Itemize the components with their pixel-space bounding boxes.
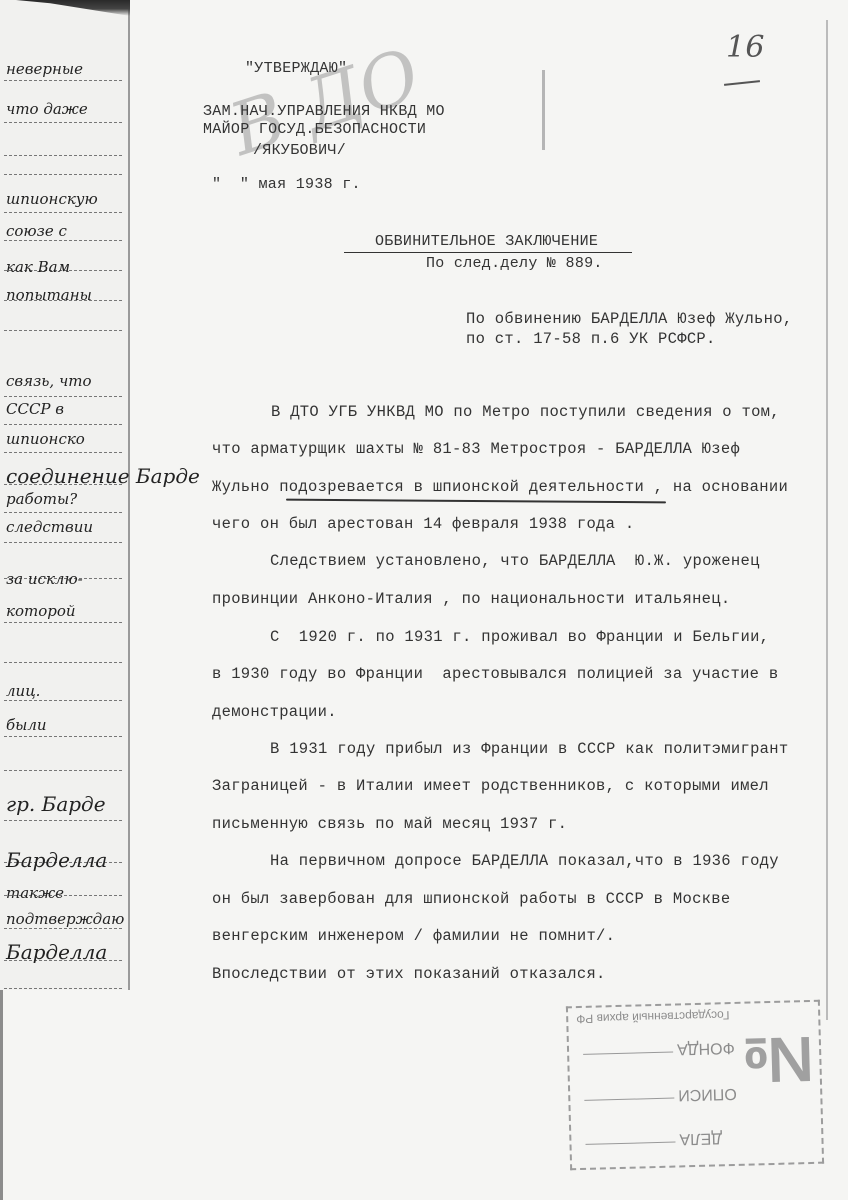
stamp-fond-label: ФОНДА [677,1038,735,1058]
charge-line-1: По обвинению БАРДЕЛЛА Юзеф Жульно, [466,310,792,328]
stub-handwritten-word: союзе с [6,222,67,240]
stamp-fond-row: ФОНДА [583,1038,735,1060]
body-line: в 1930 году во Франции арестовывался пол… [212,665,779,683]
stub-handwritten-word: лиц. [6,682,40,700]
stub-rule-line [4,542,122,543]
body-line: что арматурщик шахты № 81-83 Метростроя … [212,440,740,458]
stub-rule-line [4,80,122,81]
stub-rule-line [4,622,122,623]
stub-rule-line [4,736,122,737]
stub-rule-line [4,424,122,425]
title-underline [344,252,632,253]
stub-handwritten-word: соединение Барде [6,464,200,488]
body-line: демонстрации. [212,703,337,721]
stub-rule-line [4,988,122,989]
body-line: он был завербован для шпионской работы в… [212,890,730,908]
stub-rule-line [4,155,122,156]
stub-handwritten-word: гр. Барде [6,792,106,816]
stub-rule-line [4,212,122,213]
body-line: чего он был арестован 14 февраля 1938 го… [212,515,634,533]
body-line: Впоследствии от этих показаний отказался… [212,965,606,983]
stub-handwritten-word: Барделла [6,940,107,964]
stamp-opis-row: ОПИСИ [584,1084,737,1106]
stamp-delo-label: ДЕЛА [679,1128,722,1147]
approval-position-2: МАЙОР ГОСУД.БЕЗОПАСНОСТИ [203,121,426,138]
body-line: провинции Анконо-Италия , по национально… [212,590,730,608]
stamp-number-sign: № [741,1022,814,1098]
case-reference: По след.делу № 889. [426,255,603,272]
charge-line-2: по ст. 17-58 п.6 УК РСФСР. [466,330,716,348]
stub-rule-line [4,174,122,175]
stub-handwritten-word: за исклю- [6,570,83,588]
approval-date: " " мая 1938 г. [212,176,361,193]
stub-handwritten-word: подтверждаю [6,910,124,928]
page-number-underline [724,80,760,86]
body-line: Следствием установлено, что БАРДЕЛЛА Ю.Ж… [270,552,760,570]
stub-handwritten-word: которой [6,602,76,620]
stub-handwritten-word: шпионско [6,430,85,448]
stub-handwritten-word: как Вам [6,258,70,276]
stub-rule-line [4,396,122,397]
stub-fold-shadow [16,0,130,16]
pencil-mark-vertical [542,70,545,150]
stub-handwritten-word: также [6,884,64,902]
body-line: На первичном допросе БАРДЕЛЛА показал,чт… [270,852,779,870]
page-fold-line [826,20,828,1020]
stub-rule-line [4,662,122,663]
body-line: С 1920 г. по 1931 г. проживал во Франции… [270,628,769,646]
stub-handwritten-word: неверные [6,60,83,78]
stub-handwritten-word: что даже [6,100,88,118]
stub-handwritten-word: следствии [6,518,93,536]
stub-rule-line [4,700,122,701]
stub-handwritten-word: были [6,716,47,734]
stamp-opis-label: ОПИСИ [678,1084,737,1104]
stub-rule-line [4,240,122,241]
stub-handwritten-word: попытаны [6,286,92,304]
body-line: Заграницей - в Италии имеет родственнико… [212,777,769,795]
stub-handwritten-word: работы? [6,490,77,508]
body-line: В ДТО УГБ УНКВД МО по Метро поступили св… [271,403,780,421]
handwritten-underline [286,499,666,504]
stub-handwritten-word: СССР в [6,400,64,418]
document-title: ОБВИНИТЕЛЬНОЕ ЗАКЛЮЧЕНИЕ [375,233,598,250]
approval-title: "УТВЕРЖДАЮ" [245,60,347,77]
stamp-delo-row: ДЕЛА [585,1128,722,1150]
stub-rule-line [4,820,122,821]
stub-rule-line [4,770,122,771]
stub-rule-line [4,512,122,513]
body-line: В 1931 году прибыл из Франции в СССР как… [270,740,788,758]
stub-handwritten-word: Барделла [6,848,107,872]
stub-handwritten-word: шпионскую [6,190,98,208]
margin-stub: неверныечто дажешпионскуюсоюзе скак Вамп… [0,0,130,990]
body-line: Жульно подозревается в шпионской деятель… [212,478,788,496]
document-page: неверныечто дажешпионскуюсоюзе скак Вамп… [0,0,848,1200]
stub-rule-line [4,452,122,453]
stub-rule-line [4,122,122,123]
stub-rule-line [4,330,122,331]
body-line: венгерским инженером / фамилии не помнит… [212,927,615,945]
archive-stamp: Государственный архив РФ ФОНДА ОПИСИ ДЕЛ… [566,1000,824,1171]
body-line: письменную связь по май месяц 1937 г. [212,815,567,833]
approval-name: /ЯКУБОВИЧ/ [253,142,346,159]
page-number-handwritten: 16 [726,30,765,65]
approval-position-1: ЗАМ.НАЧ.УПРАВЛЕНИЯ НКВД МО [203,103,445,120]
stamp-title: Государственный архив РФ [576,1008,730,1026]
stub-rule-line [4,928,122,929]
stub-handwritten-word: связь, что [6,372,92,390]
